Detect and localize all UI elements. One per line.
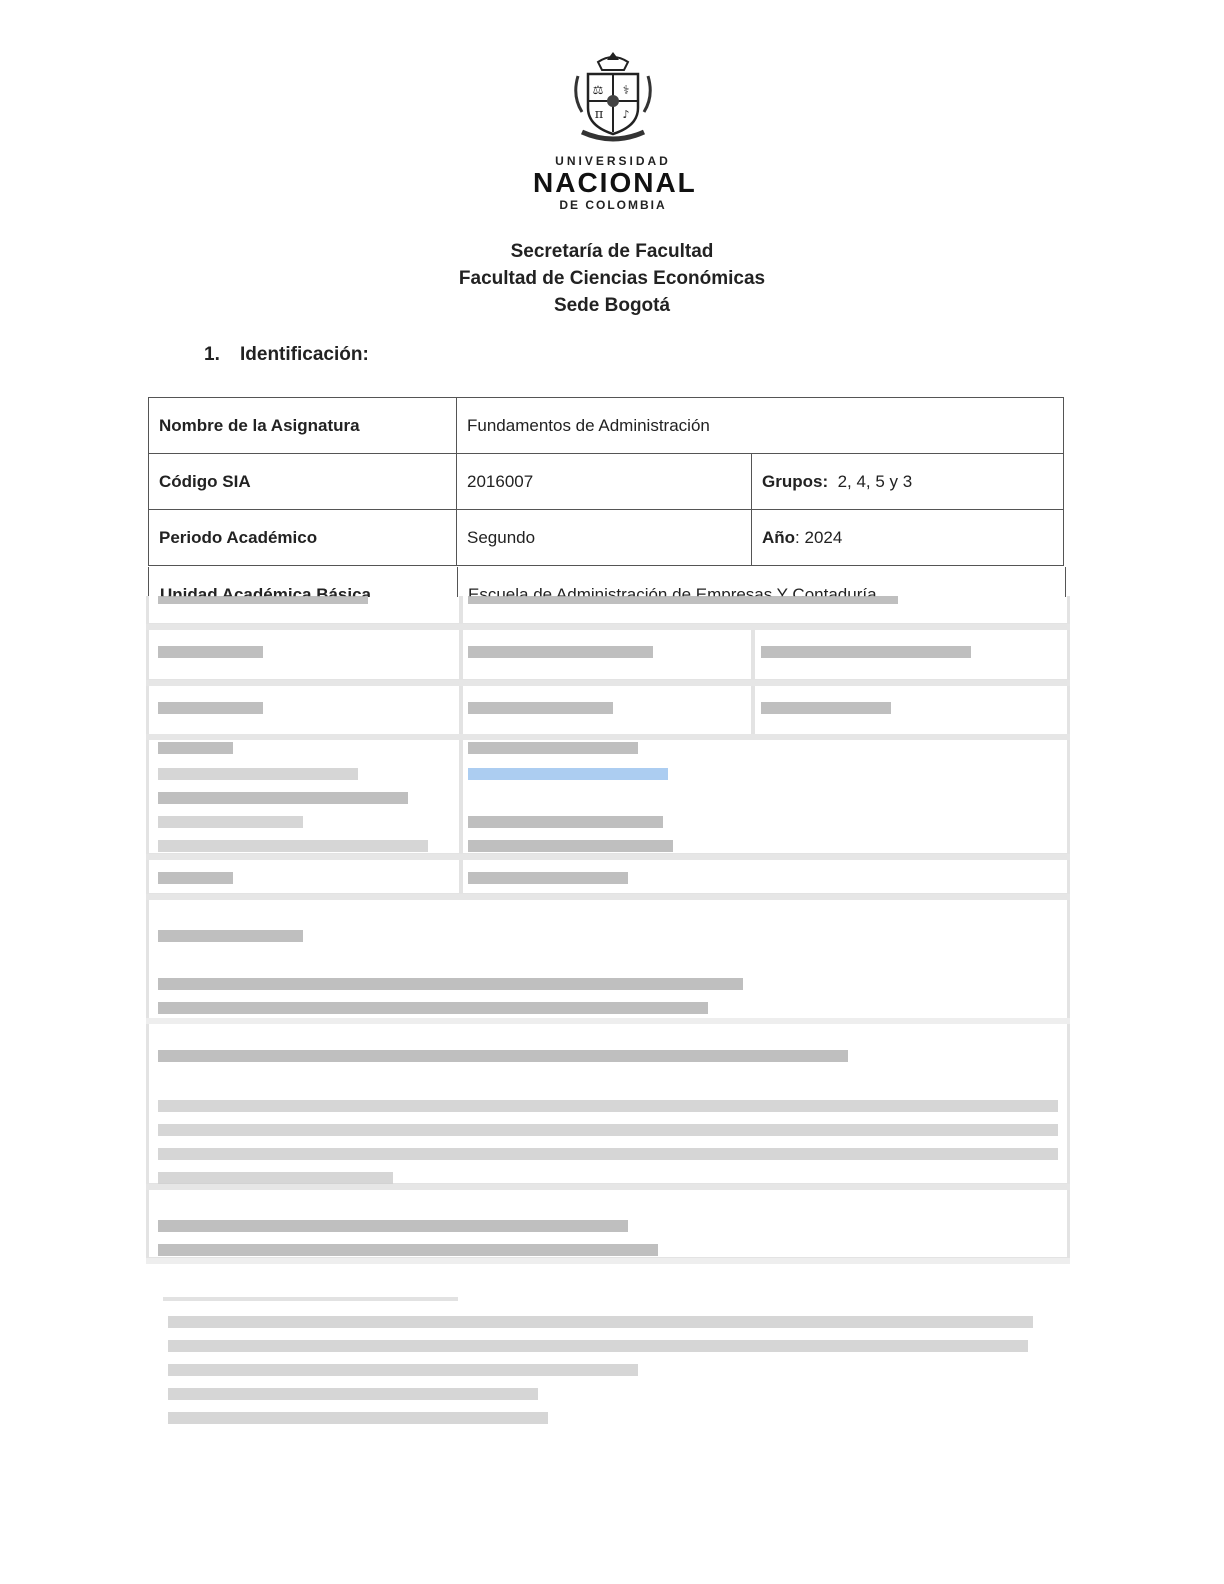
period-value: Segundo [457,510,752,566]
subject-value: Fundamentos de Administración [457,398,1064,454]
university-coat-of-arms-icon: ⚖ ⚕ π ♪ [568,46,658,146]
svg-text:π: π [595,107,604,122]
period-label: Periodo Académico [149,510,457,566]
code-value: 2016007 [457,454,752,510]
logo-line-3: DE COLOMBIA [533,198,693,212]
identification-table: Nombre de la Asignatura Fundamentos de A… [148,397,1064,566]
table-row: Nombre de la Asignatura Fundamentos de A… [149,398,1064,454]
header-sede: Sede Bogotá [0,292,1224,319]
university-logo: ⚖ ⚕ π ♪ UNIVERSIDAD NACIONAL DE COLOMBIA [533,46,693,212]
unit-row-partial: Unidad Académica Básica Escuela de Admin… [148,567,1066,597]
year-value: : 2024 [795,528,842,547]
year-cell: Año: 2024 [752,510,1064,566]
redacted-region [146,596,1072,1264]
logo-line-2: NACIONAL [533,168,693,198]
code-label: Código SIA [149,454,457,510]
footnote-separator [163,1297,458,1301]
table-row: Periodo Académico Segundo Año: 2024 [149,510,1064,566]
groups-label: Grupos: [762,472,828,491]
document-header: Secretaría de Facultad Facultad de Cienc… [0,238,1224,319]
groups-value: 2, 4, 5 y 3 [838,472,913,491]
section-title: Identificación: [240,344,369,365]
table-row: Código SIA 2016007 Grupos: 2, 4, 5 y 3 [149,454,1064,510]
section-heading: 1.Identificación: [204,344,369,366]
year-label: Año [762,528,795,547]
svg-text:⚕: ⚕ [623,83,630,97]
logo-line-1: UNIVERSIDAD [533,154,693,168]
groups-cell: Grupos: 2, 4, 5 y 3 [752,454,1064,510]
section-number: 1. [204,344,240,366]
header-secretaria: Secretaría de Facultad [0,238,1224,265]
svg-text:⚖: ⚖ [593,83,604,97]
subject-label: Nombre de la Asignatura [149,398,457,454]
header-facultad: Facultad de Ciencias Económicas [0,265,1224,292]
svg-text:♪: ♪ [622,108,629,121]
